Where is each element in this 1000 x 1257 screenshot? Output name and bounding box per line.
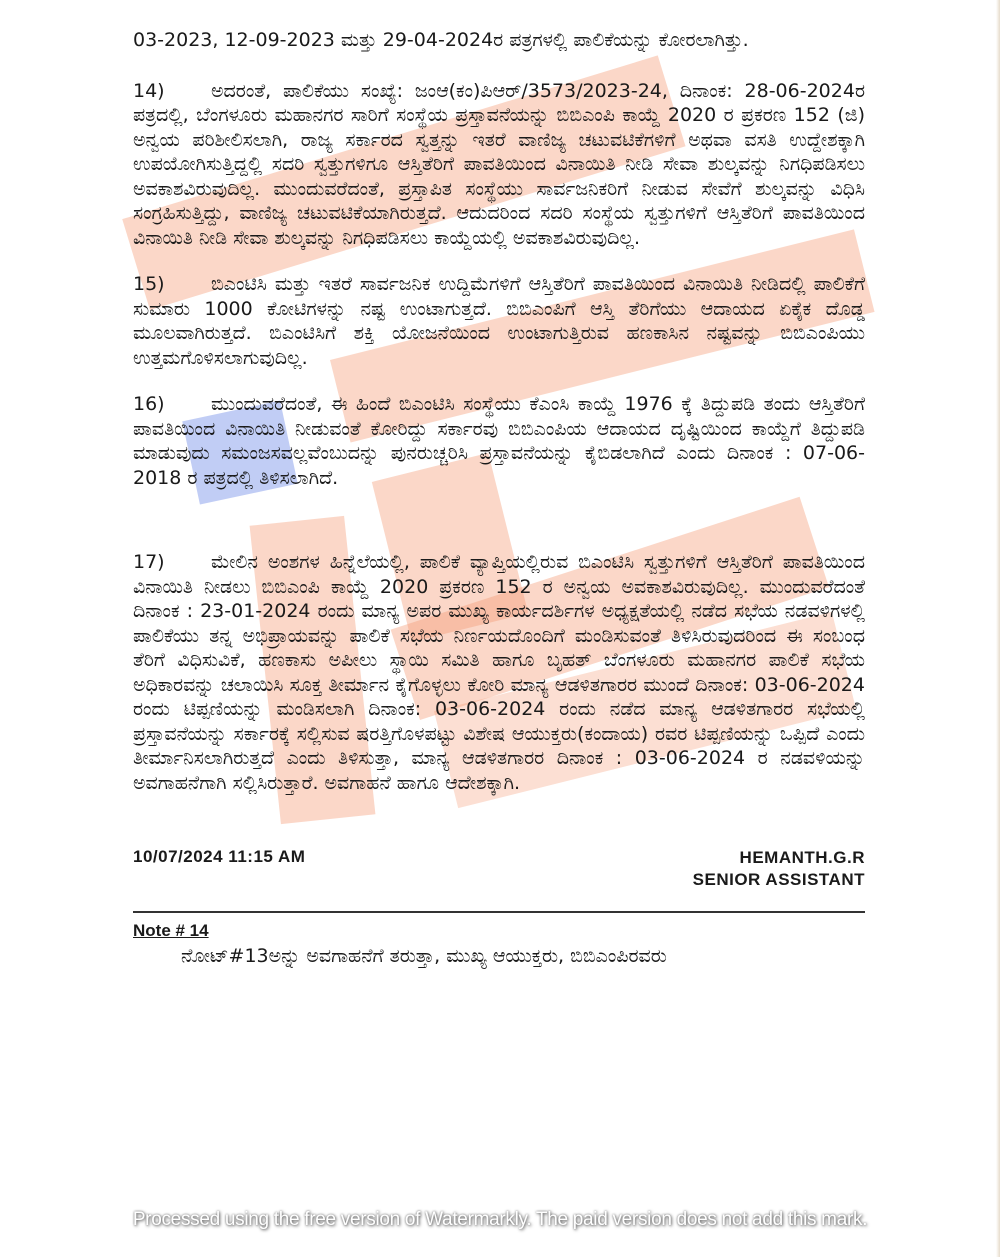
paragraph-number: 14) bbox=[133, 79, 211, 104]
paragraph-text: ಮೇಲಿನ ಅಂಶಗಳ ಹಿನ್ನೆಲೆಯಲ್ಲಿ, ಪಾಲಿಕೆ ವ್ಯಾಪ್… bbox=[133, 551, 865, 794]
signature-block: 10/07/2024 11:15 AM HEMANTH.G.R SENIOR A… bbox=[133, 847, 865, 891]
note-title: Note # 14 bbox=[133, 921, 865, 941]
watermark-text: Processed using the free version of Wate… bbox=[0, 1209, 1000, 1231]
note-text: ನೋಟ್#13ಅನ್ನು ಅವಗಾಹನೆಗೆ ತರುತ್ತಾ, ಮುಖ್ಯ ಆಯ… bbox=[133, 943, 865, 969]
section-divider bbox=[133, 911, 865, 913]
intro-paragraph: 03-2023, 12-09-2023 ಮತ್ತು 29-04-2024ರ ಪತ… bbox=[133, 28, 865, 53]
signature-timestamp: 10/07/2024 11:15 AM bbox=[133, 847, 305, 867]
paragraph-16: 16)ಮುಂದುವರೆದಂತೆ, ಈ ಹಿಂದೆ ಬಿಎಂಟಿಸಿ ಸಂಸ್ಥೆ… bbox=[133, 392, 865, 490]
paragraph-15: 15)ಬಿಎಂಟಿಸಿ ಮತ್ತು ಇತರೆ ಸಾರ್ವಜನಿಕ ಉದ್ದಿಮೆ… bbox=[133, 272, 865, 370]
paragraph-number: 17) bbox=[133, 550, 211, 575]
paragraph-text: ಮುಂದುವರೆದಂತೆ, ಈ ಹಿಂದೆ ಬಿಎಂಟಿಸಿ ಸಂಸ್ಥೆಯು … bbox=[133, 393, 865, 489]
paragraph-number: 15) bbox=[133, 272, 211, 297]
paragraph-text: ಅದರಂತೆ, ಪಾಲಿಕೆಯು ಸಂಖ್ಯೆ: ಜಂಆ(ಕಂ)ಪಿಆರ್/35… bbox=[133, 80, 865, 249]
signatory: HEMANTH.G.R SENIOR ASSISTANT bbox=[693, 847, 865, 891]
paragraph-text: ಬಿಎಂಟಿಸಿ ಮತ್ತು ಇತರೆ ಸಾರ್ವಜನಿಕ ಉದ್ದಿಮೆಗಳಿ… bbox=[133, 273, 865, 369]
paragraph-17: 17)ಮೇಲಿನ ಅಂಶಗಳ ಹಿನ್ನೆಲೆಯಲ್ಲಿ, ಪಾಲಿಕೆ ವ್ಯ… bbox=[133, 550, 865, 795]
paper-edge bbox=[996, 0, 1000, 1257]
signatory-name: HEMANTH.G.R bbox=[693, 847, 865, 869]
signatory-designation: SENIOR ASSISTANT bbox=[693, 869, 865, 891]
paragraph-14: 14)ಅದರಂತೆ, ಪಾಲಿಕೆಯು ಸಂಖ್ಯೆ: ಜಂಆ(ಕಂ)ಪಿಆರ್… bbox=[133, 79, 865, 251]
paragraph-number: 16) bbox=[133, 392, 211, 417]
document-page: 03-2023, 12-09-2023 ಮತ್ತು 29-04-2024ರ ಪತ… bbox=[133, 28, 865, 969]
